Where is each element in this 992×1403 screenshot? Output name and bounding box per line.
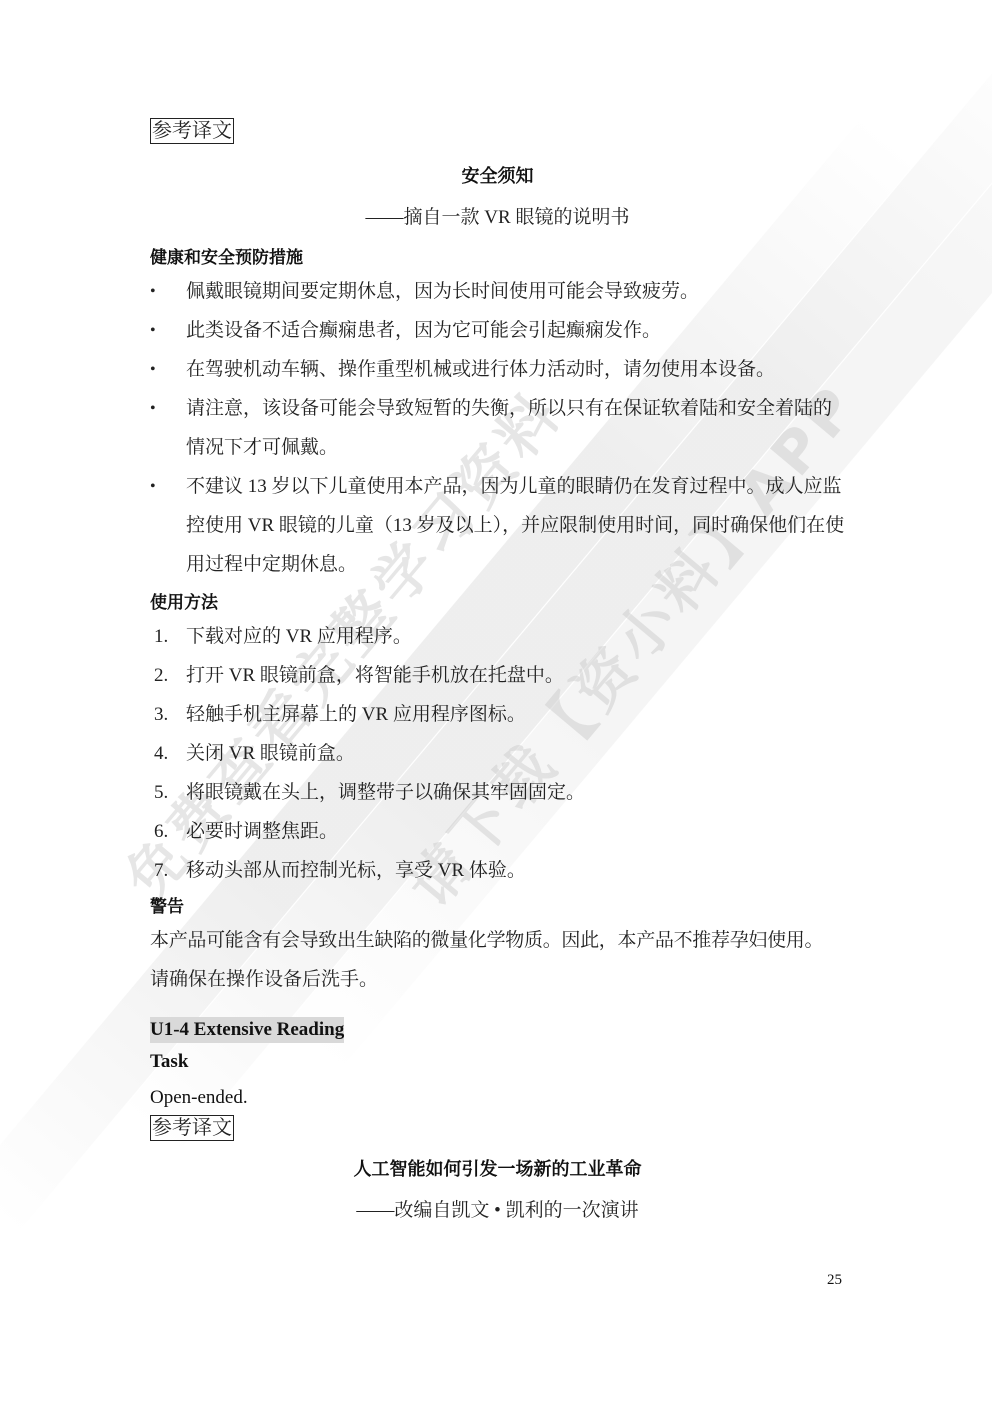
task-text: Open-ended. [150, 1085, 845, 1111]
article-title: 人工智能如何引发一场新的工业革命 [150, 1155, 845, 1181]
document-subtitle: ——摘自一款 VR 眼镜的说明书 [150, 202, 845, 229]
document-page: 参考译文 安全须知 ——摘自一款 VR 眼镜的说明书 健康和安全预防措施 • 佩… [150, 118, 845, 1222]
extensive-reading-row: U1-4 Extensive Reading [150, 1017, 845, 1043]
usage-heading: 使用方法 [150, 588, 845, 613]
bullet-icon: • [150, 272, 156, 311]
list-item: 4. 关闭 VR 眼镜前盒。 [150, 734, 845, 773]
health-safety-list: • 佩戴眼镜期间要定期休息，因为长时间使用可能会导致疲劳。 • 此类设备不适合癫… [150, 272, 845, 584]
page-number: 25 [827, 1272, 842, 1289]
list-item: 7. 移动头部从而控制光标，享受 VR 体验。 [150, 851, 845, 890]
task-label: Task [150, 1049, 845, 1075]
step-number: 7. [154, 851, 168, 890]
reference-translation-label: 参考译文 [150, 1115, 234, 1141]
list-item: • 佩戴眼镜期间要定期休息，因为长时间使用可能会导致疲劳。 [150, 272, 845, 311]
step-text: 下载对应的 VR 应用程序。 [186, 626, 412, 647]
step-number: 6. [154, 812, 168, 851]
ref-label-row-1: 参考译文 [150, 118, 845, 150]
list-item: • 不建议 13 岁以下儿童使用本产品，因为儿童的眼睛仍在发育过程中。成人应监控… [150, 467, 845, 584]
step-text: 打开 VR 眼镜前盒，将智能手机放在托盘中。 [186, 665, 564, 686]
bullet-icon: • [150, 350, 156, 389]
warning-text-2: 请确保在操作设备后洗手。 [150, 960, 845, 999]
list-item-text: 此类设备不适合癫痫患者，因为它可能会引起癫痫发作。 [186, 320, 661, 341]
step-text: 轻触手机主屏幕上的 VR 应用程序图标。 [186, 704, 526, 725]
document-title: 安全须知 [150, 162, 845, 188]
extensive-reading-heading: U1-4 Extensive Reading [150, 1017, 344, 1043]
usage-steps-list: 1. 下载对应的 VR 应用程序。 2. 打开 VR 眼镜前盒，将智能手机放在托… [150, 617, 845, 890]
step-number: 3. [154, 695, 168, 734]
article-subtitle: ——改编自凯文 • 凯利的一次演讲 [150, 1195, 845, 1222]
health-safety-heading: 健康和安全预防措施 [150, 243, 845, 268]
list-item: 5. 将眼镜戴在头上，调整带子以确保其牢固固定。 [150, 773, 845, 812]
step-text: 移动头部从而控制光标，享受 VR 体验。 [186, 860, 526, 881]
warning-text-1: 本产品可能含有会导致出生缺陷的微量化学物质。因此，本产品不推荐孕妇使用。 [150, 921, 845, 960]
list-item: 2. 打开 VR 眼镜前盒，将智能手机放在托盘中。 [150, 656, 845, 695]
list-item: • 请注意，该设备可能会导致短暂的失衡，所以只有在保证软着陆和安全着陆的情况下才… [150, 389, 845, 467]
bullet-icon: • [150, 311, 156, 350]
list-item: 1. 下载对应的 VR 应用程序。 [150, 617, 845, 656]
step-number: 5. [154, 773, 168, 812]
step-number: 2. [154, 656, 168, 695]
step-number: 1. [154, 617, 168, 656]
list-item-text: 在驾驶机动车辆、操作重型机械或进行体力活动时，请勿使用本设备。 [186, 359, 775, 380]
list-item-text: 不建议 13 岁以下儿童使用本产品，因为儿童的眼睛仍在发育过程中。成人应监控使用… [186, 476, 844, 575]
list-item: • 在驾驶机动车辆、操作重型机械或进行体力活动时，请勿使用本设备。 [150, 350, 845, 389]
step-number: 4. [154, 734, 168, 773]
list-item-text: 佩戴眼镜期间要定期休息，因为长时间使用可能会导致疲劳。 [186, 281, 699, 302]
bullet-icon: • [150, 389, 156, 428]
list-item-text: 请注意，该设备可能会导致短暂的失衡，所以只有在保证软着陆和安全着陆的情况下才可佩… [186, 398, 832, 458]
list-item: 3. 轻触手机主屏幕上的 VR 应用程序图标。 [150, 695, 845, 734]
reference-translation-label: 参考译文 [150, 118, 234, 144]
list-item: • 此类设备不适合癫痫患者，因为它可能会引起癫痫发作。 [150, 311, 845, 350]
ref-label-row-2: 参考译文 [150, 1115, 845, 1141]
step-text: 必要时调整焦距。 [186, 821, 338, 842]
step-text: 将眼镜戴在头上，调整带子以确保其牢固固定。 [186, 782, 585, 803]
bullet-icon: • [150, 467, 156, 506]
list-item: 6. 必要时调整焦距。 [150, 812, 845, 851]
step-text: 关闭 VR 眼镜前盒。 [186, 743, 355, 764]
warning-heading: 警告 [150, 892, 845, 917]
